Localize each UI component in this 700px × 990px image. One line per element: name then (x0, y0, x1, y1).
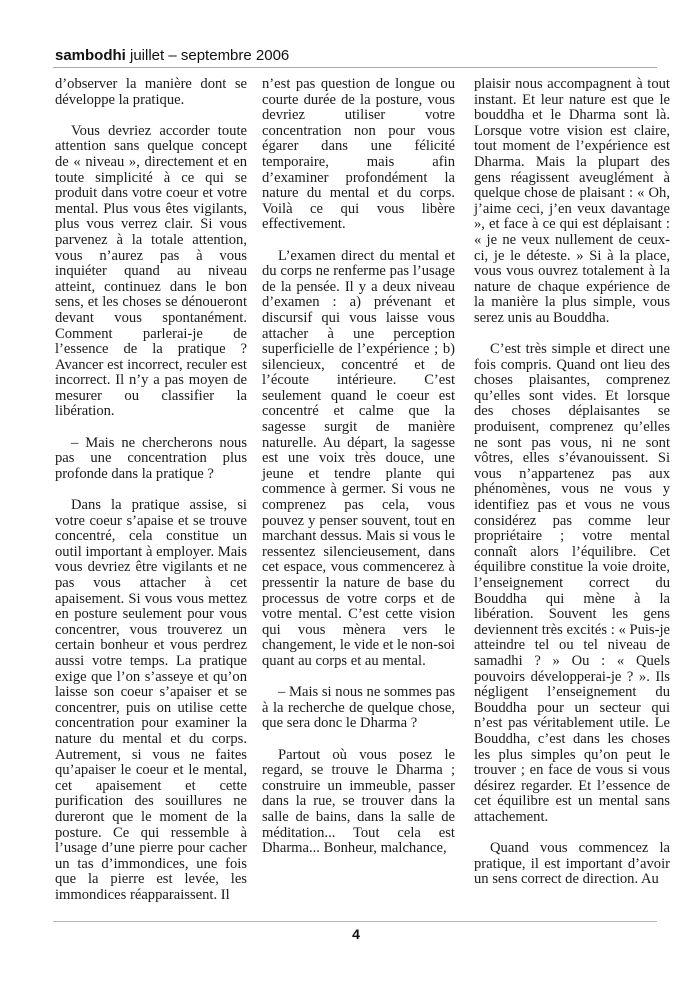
paragraph: L’examen direct du mental et du corps ne… (262, 249, 455, 670)
paragraph: Partout où vous posez le regard, se trou… (262, 748, 455, 857)
question-paragraph: – Mais si nous ne sommes pas à la recher… (262, 685, 455, 732)
paragraph: Quand vous commencez la pratique, il est… (474, 841, 670, 888)
magazine-brand: sambodhi (55, 47, 126, 64)
paragraph: d’observer la manière dont se développe … (55, 77, 247, 108)
paragraph: plaisir nous accompagnent à tout instant… (474, 77, 670, 327)
issue-date: juillet – septembre 2006 (126, 47, 289, 64)
paragraph: C’est très simple et direct une fois com… (474, 342, 670, 825)
text-column-2: n’est pas question de longue ou courte d… (262, 77, 455, 872)
paragraph: Dans la pratique assise, si votre coeur … (55, 498, 247, 903)
running-header: sambodhi juillet – septembre 2006 (55, 47, 657, 65)
paragraph: n’est pas question de longue ou courte d… (262, 77, 455, 233)
text-column-3: plaisir nous accompagnent à tout instant… (474, 77, 670, 903)
header-divider (53, 67, 657, 68)
paragraph: Vous devriez accorder toute attention sa… (55, 124, 247, 420)
page-number: 4 (350, 926, 362, 942)
text-column-1: d’observer la manière dont se développe … (55, 77, 247, 919)
footer-divider (53, 921, 657, 922)
question-paragraph: – Mais ne chercherons nous pas une conce… (55, 436, 247, 483)
magazine-page: sambodhi juillet – septembre 2006 d’obse… (0, 0, 700, 990)
